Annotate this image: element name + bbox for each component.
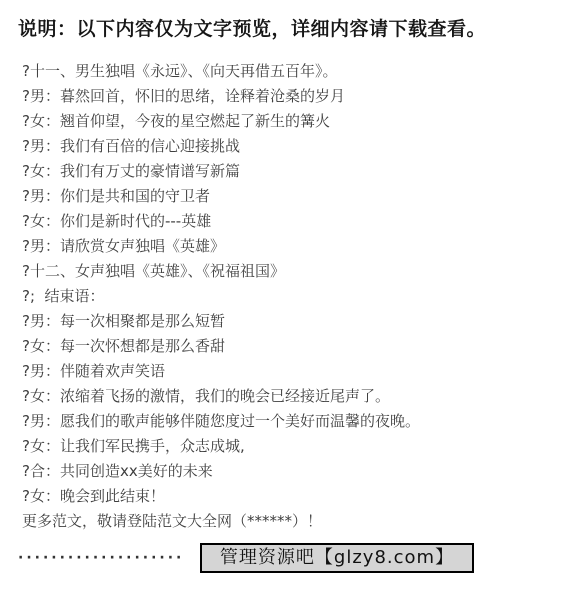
preview-line: ?男：愿我们的歌声能够伴随您度过一个美好而温馨的夜晚。 [22,409,560,434]
preview-line: ?男：伴随着欢声笑语 [22,359,560,384]
preview-line: ?女：晚会到此结束！ [22,484,560,509]
preview-line: ?合：共同创造xx美好的未来 [22,459,560,484]
preview-line: ?男：我们有百倍的信心迎接挑战 [22,134,560,159]
preview-line: ?男：每一次相聚都是那么短暂 [22,309,560,334]
preview-line: ?女：你们是新时代的---英雄 [22,209,560,234]
preview-line: ?男：请欣赏女声独唱《英雄》 [22,234,560,259]
preview-line: ?; 结束语： [22,284,560,309]
promo-line: 更多范文，敬请登陆范文大全网（******）！ [22,509,560,534]
preview-line: ?女：每一次怀想都是那么香甜 [22,334,560,359]
preview-notice-heading: 说明：以下内容仅为文字预览，详细内容请下载查看。 [18,16,560,42]
preview-line: ?十二、女声独唱《英雄》、《祝福祖国》 [22,259,560,284]
preview-line: ?十一、男生独唱《永远》、《向天再借五百年》。 [22,59,560,84]
site-badge-link[interactable]: 管理资源吧【glzy8.com】 [200,543,474,573]
footer-row: ······················· 管理资源吧【glzy8.com】 [18,543,560,573]
dotted-separator: ······················· [18,551,180,565]
preview-line: ?男：你们是共和国的守卫者 [22,184,560,209]
preview-line: ?女：浓缩着飞扬的激情，我们的晚会已经接近尾声了。 [22,384,560,409]
preview-line: ?女：让我们军民携手，众志成城, [22,434,560,459]
preview-line: ?男：暮然回首，怀旧的思绪，诠释着沧桑的岁月 [22,84,560,109]
preview-text-block: ?十一、男生独唱《永远》、《向天再借五百年》。 ?男：暮然回首，怀旧的思绪，诠释… [22,59,560,534]
preview-line: ?女：翘首仰望，今夜的星空燃起了新生的篝火 [22,109,560,134]
preview-line: ?女：我们有万丈的豪情谱写新篇 [22,159,560,184]
document-preview-page: 说明：以下内容仅为文字预览，详细内容请下载查看。 ?十一、男生独唱《永远》、《向… [0,0,578,600]
